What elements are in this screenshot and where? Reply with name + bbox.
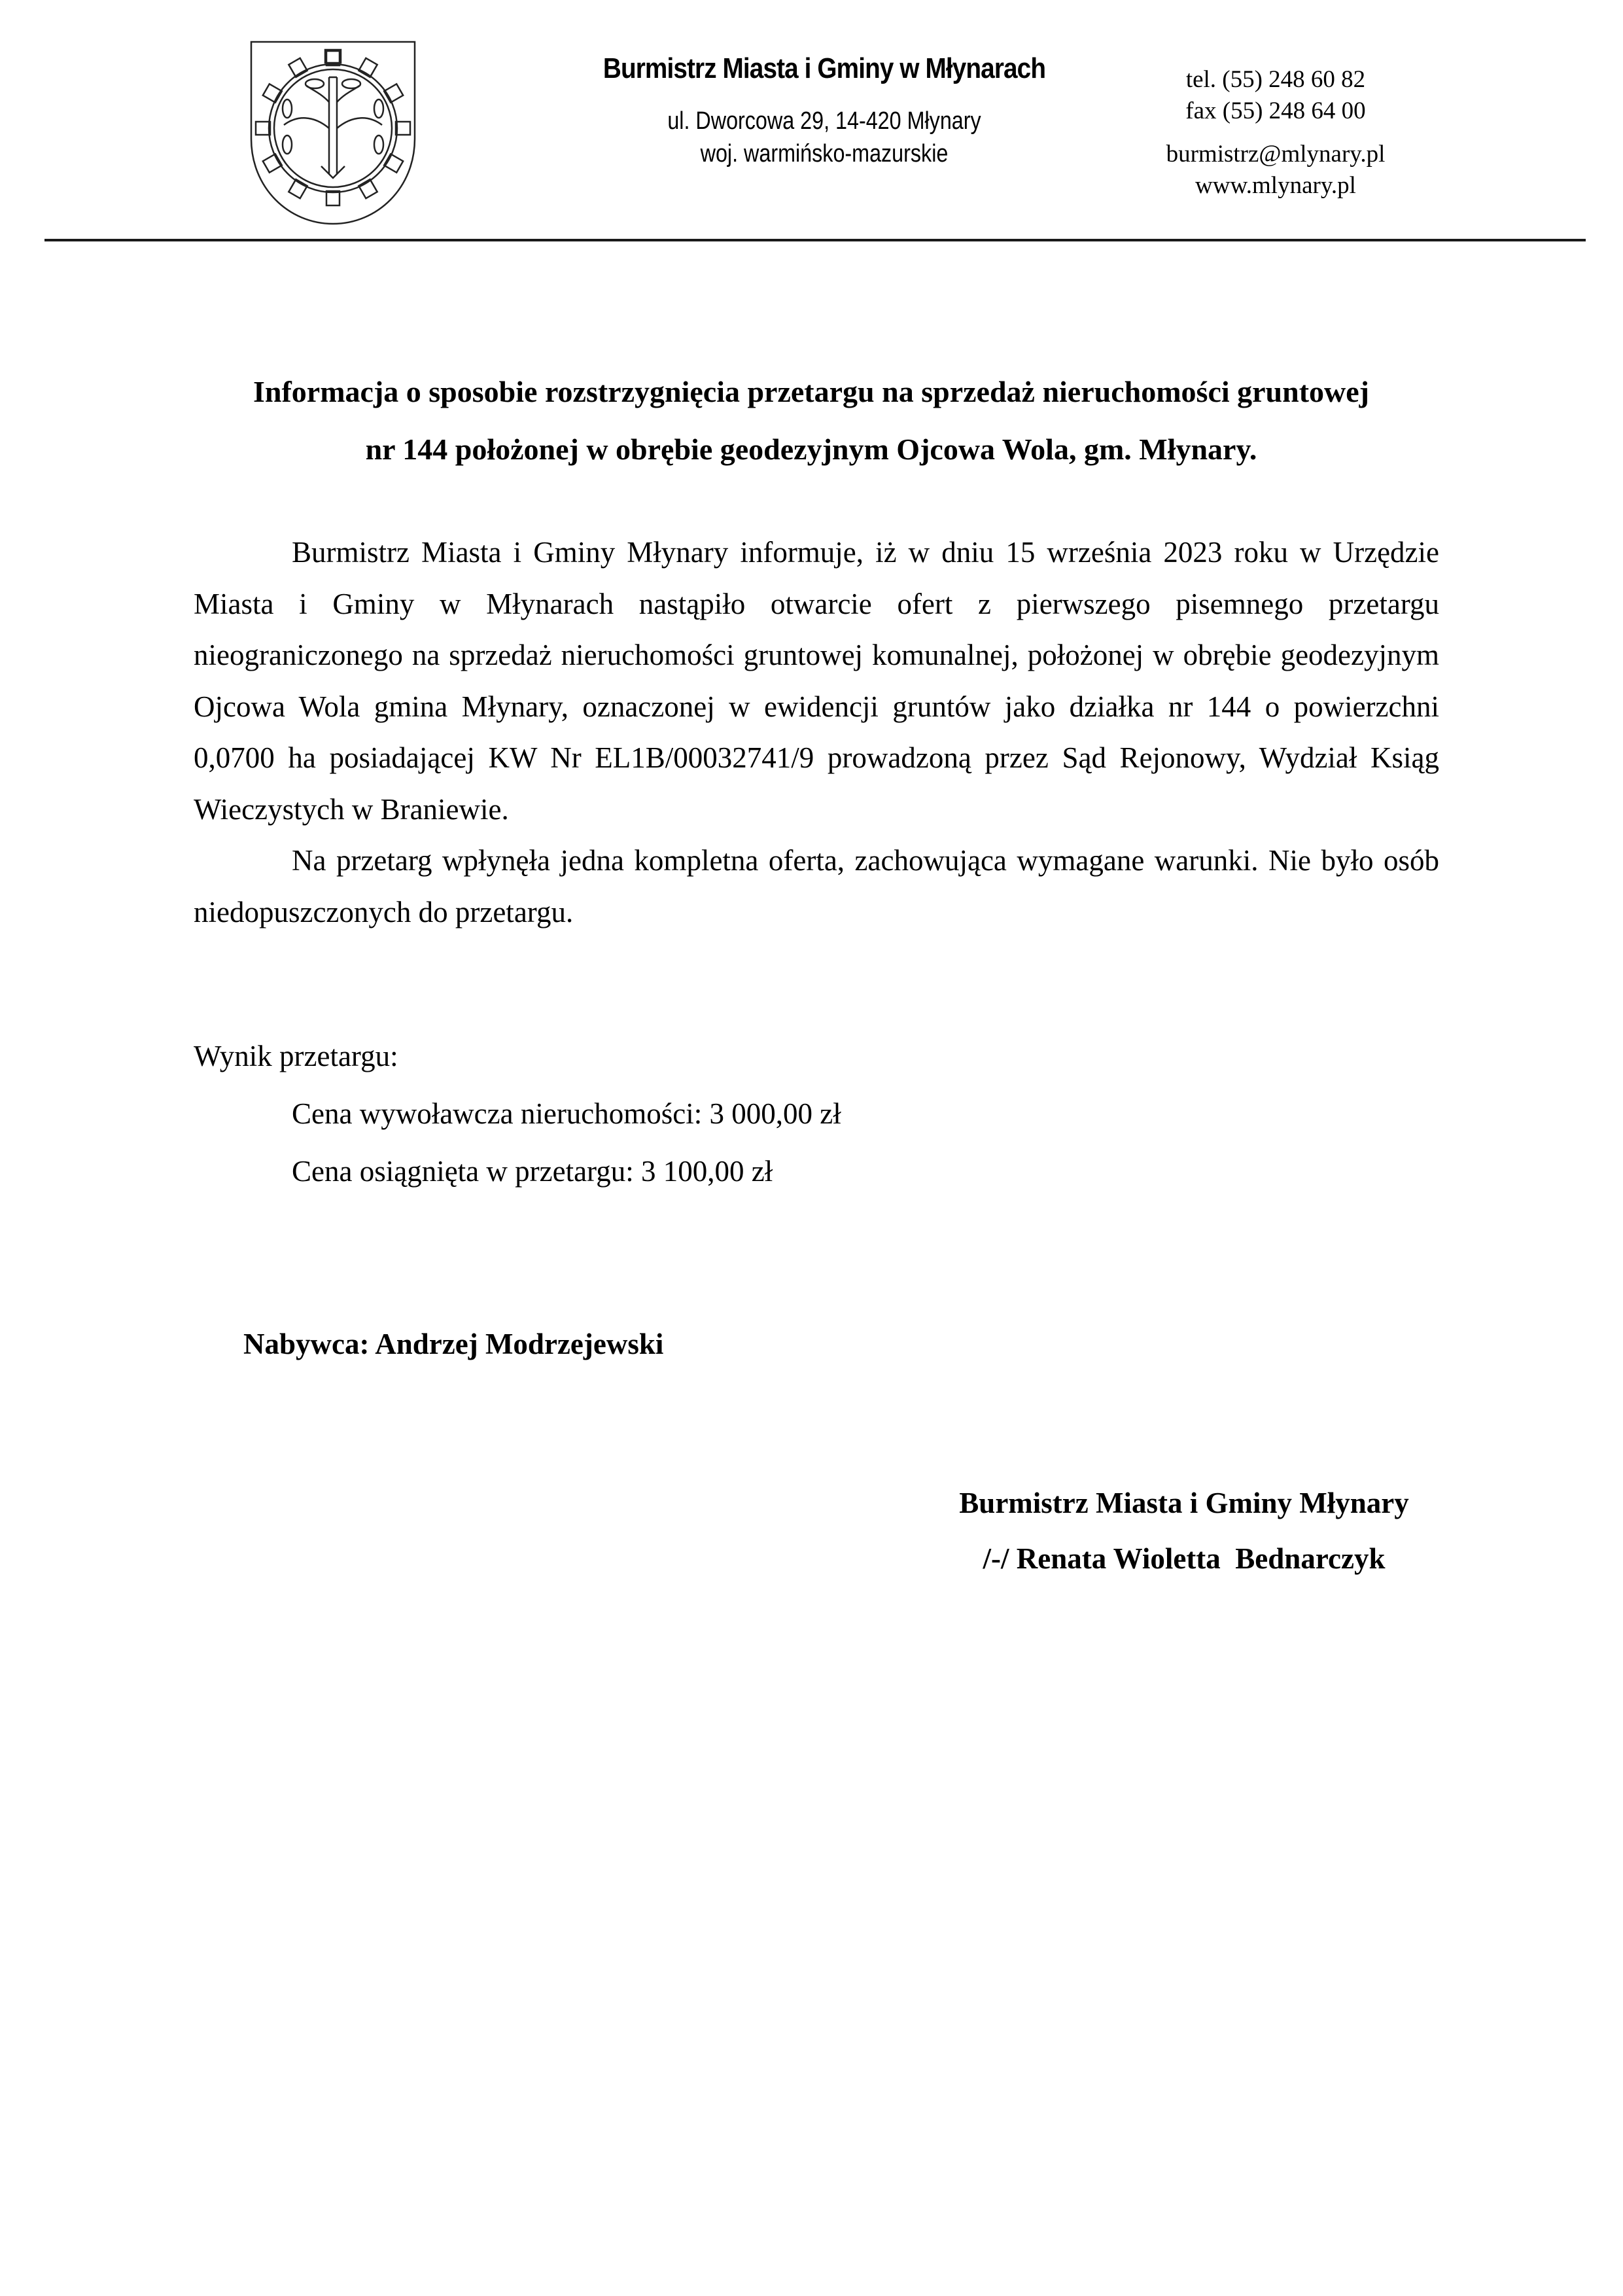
signature-title: Burmistrz Miasta i Gminy Młynary bbox=[903, 1475, 1465, 1531]
contact-info: tel. (55) 248 60 82 fax (55) 248 64 00 b… bbox=[1112, 64, 1439, 202]
document-body: Burmistrz Miasta i Gminy Młynary informu… bbox=[194, 527, 1439, 938]
coat-of-arms-gear-tree-icon bbox=[250, 41, 416, 225]
body-paragraph-2: Na przetarg wpłynęła jedna kompletna ofe… bbox=[194, 835, 1439, 938]
document-title: Informacja o sposobie rozstrzygnięcia pr… bbox=[164, 363, 1459, 478]
signature-block: Burmistrz Miasta i Gminy Młynary /-/ Ren… bbox=[903, 1475, 1465, 1587]
title-line-2: nr 144 położonej w obrębie geodezyjnym O… bbox=[164, 421, 1459, 478]
achieved-price: Cena osiągnięta w przetargu: 3 100,00 zł bbox=[292, 1154, 773, 1188]
buyer-name: Nabywca: Andrzej Modrzejewski bbox=[243, 1327, 663, 1361]
website-address: www.mlynary.pl bbox=[1112, 170, 1439, 202]
body-paragraph-1: Burmistrz Miasta i Gminy Młynary informu… bbox=[194, 527, 1439, 835]
title-line-1: Informacja o sposobie rozstrzygnięcia pr… bbox=[164, 363, 1459, 421]
header-divider bbox=[44, 239, 1586, 241]
signature-name: /-/ Renata Wioletta Bednarczyk bbox=[903, 1531, 1465, 1587]
address-line-1: ul. Dworcowa 29, 14-420 Młynary bbox=[546, 105, 1102, 137]
coat-of-arms-logo bbox=[250, 41, 416, 225]
email-address: burmistrz@mlynary.pl bbox=[1112, 139, 1439, 170]
address-line-2: woj. warmińsko-mazurskie bbox=[546, 137, 1102, 170]
result-label: Wynik przetargu: bbox=[194, 1039, 398, 1073]
starting-price: Cena wywoławcza nieruchomości: 3 000,00 … bbox=[292, 1097, 841, 1131]
phone-number: tel. (55) 248 60 82 bbox=[1112, 64, 1439, 96]
office-address: ul. Dworcowa 29, 14-420 Młynary woj. war… bbox=[546, 105, 1102, 170]
fax-number: fax (55) 248 64 00 bbox=[1112, 96, 1439, 127]
office-name: Burmistrz Miasta i Gminy w Młynarach bbox=[536, 52, 1112, 85]
